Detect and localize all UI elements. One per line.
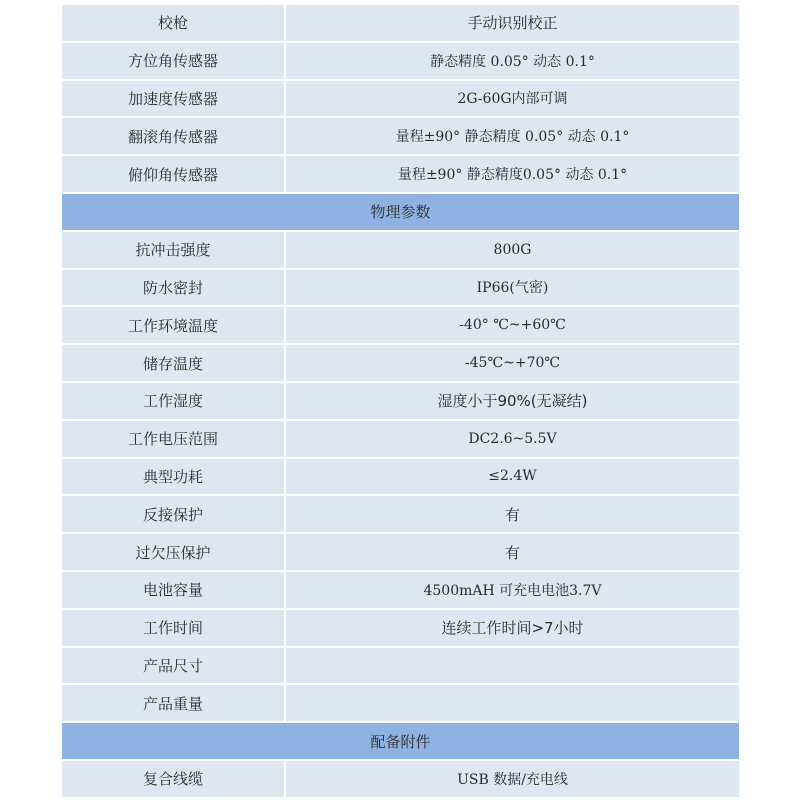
row-label: 翻滚角传感器: [62, 118, 284, 154]
row-label: 储存温度: [62, 345, 284, 381]
row-label: 加速度传感器: [62, 81, 284, 117]
table-row: 工作环境温度-40° ℃~+60℃: [62, 307, 739, 343]
table-row: 产品尺寸: [62, 648, 739, 684]
row-label: 防水密封: [62, 270, 284, 306]
row-value: -40° ℃~+60℃: [286, 307, 739, 343]
table-row: 工作电压范围DC2.6~5.5V: [62, 421, 739, 457]
row-value: ≤2.4W: [286, 459, 739, 495]
row-label: 工作时间: [62, 610, 284, 646]
row-label: 反接保护: [62, 496, 284, 532]
row-label: 典型功耗: [62, 459, 284, 495]
table-row: 工作时间连续工作时间>7小时: [62, 610, 739, 646]
table-row: 防水密封IP66(气密): [62, 270, 739, 306]
row-label: 过欠压保护: [62, 534, 284, 570]
table-row: 复合线缆USB 数据/充电线: [62, 761, 739, 797]
table-row: 电池容量4500mAH 可充电电池3.7V: [62, 572, 739, 608]
table-row: 方位角传感器静态精度 0.05° 动态 0.1°: [62, 43, 739, 79]
row-value: 4500mAH 可充电电池3.7V: [286, 572, 739, 608]
row-label: 方位角传感器: [62, 43, 284, 79]
row-label: 俯仰角传感器: [62, 156, 284, 192]
row-value: [286, 685, 739, 721]
table-row: 抗冲击强度800G: [62, 232, 739, 268]
row-value: 2G-60G内部可调: [286, 81, 739, 117]
row-value: 连续工作时间>7小时: [286, 610, 739, 646]
row-value: -45℃~+70℃: [286, 345, 739, 381]
row-value: 有: [286, 534, 739, 570]
row-label: 产品重量: [62, 685, 284, 721]
table-row: 翻滚角传感器量程±90° 静态精度 0.05° 动态 0.1°: [62, 118, 739, 154]
row-value: IP66(气密): [286, 270, 739, 306]
row-label: 抗冲击强度: [62, 232, 284, 268]
row-label: 工作环境温度: [62, 307, 284, 343]
table-row: 储存温度-45℃~+70℃: [62, 345, 739, 381]
table-row: 产品重量: [62, 685, 739, 721]
table-row: 校枪手动识别校正: [62, 5, 739, 41]
row-value: 量程±90° 静态精度 0.05° 动态 0.1°: [286, 118, 739, 154]
row-label: 产品尺寸: [62, 648, 284, 684]
row-label: 复合线缆: [62, 761, 284, 797]
table-row: 反接保护有: [62, 496, 739, 532]
row-label: 校枪: [62, 5, 284, 41]
table-row: 典型功耗≤2.4W: [62, 459, 739, 495]
row-value: DC2.6~5.5V: [286, 421, 739, 457]
row-value: 湿度小于90%(无凝结): [286, 383, 739, 419]
table-row: 俯仰角传感器量程±90° 静态精度0.05° 动态 0.1°: [62, 156, 739, 192]
row-value: [286, 648, 739, 684]
row-value: 有: [286, 496, 739, 532]
row-value: USB 数据/充电线: [286, 761, 739, 797]
table-row: 加速度传感器2G-60G内部可调: [62, 81, 739, 117]
row-label: 工作湿度: [62, 383, 284, 419]
table-row: 工作湿度湿度小于90%(无凝结): [62, 383, 739, 419]
row-value: 800G: [286, 232, 739, 268]
table-row: 过欠压保护有: [62, 534, 739, 570]
row-value: 静态精度 0.05° 动态 0.1°: [286, 43, 739, 79]
section-header-physical: 物理参数: [62, 194, 739, 230]
row-label: 工作电压范围: [62, 421, 284, 457]
row-label: 电池容量: [62, 572, 284, 608]
spec-table: 校枪手动识别校正 方位角传感器静态精度 0.05° 动态 0.1° 加速度传感器…: [62, 5, 739, 799]
section-header-accessories: 配备附件: [62, 723, 739, 759]
row-value: 量程±90° 静态精度0.05° 动态 0.1°: [286, 156, 739, 192]
row-value: 手动识别校正: [286, 5, 739, 41]
